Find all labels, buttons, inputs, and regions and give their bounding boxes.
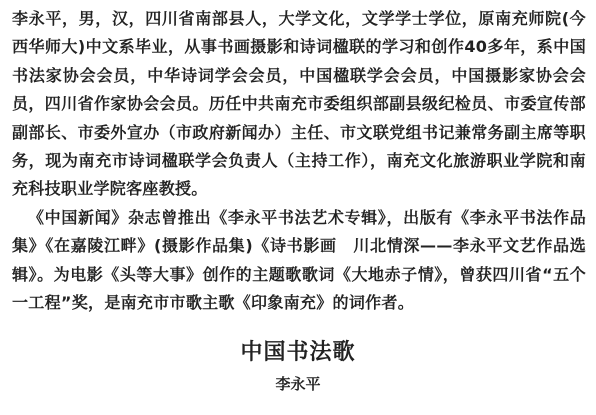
biography-paragraph: 李永平，男，汉，四川省南部县人，大学文化，文学学士学位，原南充师院(今西华师大)… <box>12 5 586 204</box>
poem-author: 李永平 <box>0 374 596 394</box>
publications-paragraph: 《中国新闻》杂志曾推出《李永平书法艺术专辑》，出版有《李永平书法作品集》《在嘉陵… <box>12 204 586 318</box>
poem-title: 中国书法歌 <box>0 338 596 368</box>
article-body: 李永平，男，汉，四川省南部县人，大学文化，文学学士学位，原南充师院(今西华师大)… <box>12 5 586 317</box>
